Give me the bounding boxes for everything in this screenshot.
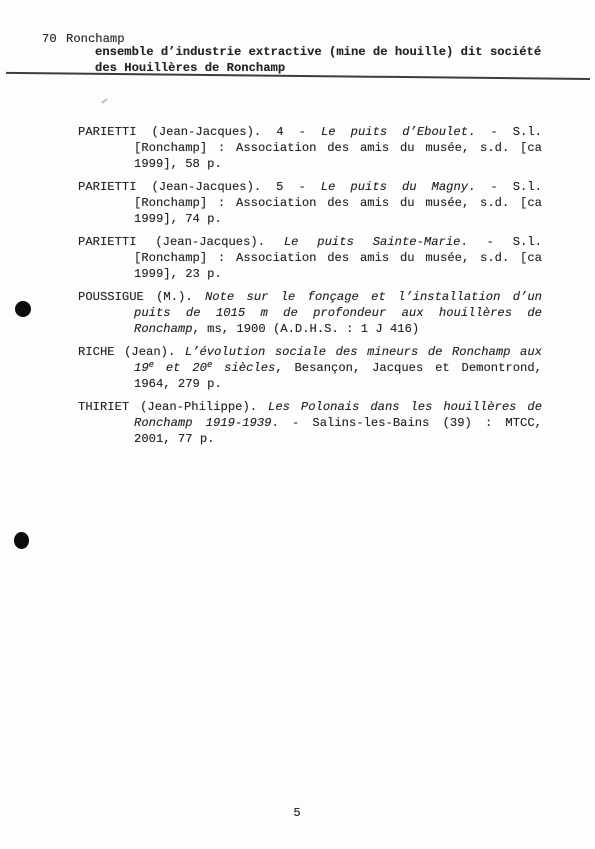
- entry-line: puits de 1015 m de profondeur aux houill…: [134, 305, 542, 321]
- text-segment: 1964, 279 p.: [134, 377, 222, 391]
- entry-line: POUSSIGUE (M.). Note sur le fonçage et l…: [78, 289, 542, 305]
- entry-line: 1999], 74 p.: [134, 211, 542, 227]
- text-segment: . - S.l.: [468, 180, 542, 194]
- bibliography-entry: PARIETTI (Jean-Jacques). Le puits Sainte…: [134, 234, 542, 282]
- entry-line: 19e et 20e siècles, Besançon, Jacques et…: [134, 360, 542, 376]
- work-title-segment: Note sur le fonçage et l’installation d’…: [205, 290, 542, 304]
- text-segment: [Ronchamp] : Association des amis du mus…: [134, 141, 542, 155]
- bibliography-entry: POUSSIGUE (M.). Note sur le fonçage et l…: [134, 289, 542, 337]
- text-segment: [Ronchamp] : Association des amis du mus…: [134, 196, 542, 210]
- entry-line: PARIETTI (Jean-Jacques). 4 - Le puits d’…: [78, 124, 542, 140]
- work-title-segment: 19: [134, 361, 149, 375]
- entry-line: 1999], 23 p.: [134, 266, 542, 282]
- work-title-segment: et: [154, 361, 192, 375]
- text-segment: . - S.l.: [460, 235, 542, 249]
- text-segment: PARIETTI (Jean-Jacques). 5 -: [78, 180, 321, 194]
- text-segment: 1999], 74 p.: [134, 212, 222, 226]
- entry-line: 2001, 77 p.: [134, 431, 542, 447]
- text-segment: 2001, 77 p.: [134, 432, 214, 446]
- work-title-segment: Le puits Sainte-Marie: [284, 235, 461, 249]
- bibliography-entry: THIRIET (Jean-Philippe). Les Polonais da…: [134, 399, 542, 447]
- text-segment: 1999], 23 p.: [134, 267, 222, 281]
- entry-line: 1999], 58 p.: [134, 156, 542, 172]
- bibliography-entry: PARIETTI (Jean-Jacques). 5 - Le puits du…: [134, 179, 542, 227]
- header-subtitle: ensemble d’industrie extractive (mine de…: [95, 44, 541, 76]
- text-segment: 1999], 58 p.: [134, 157, 222, 171]
- text-segment: , Besançon, Jacques et Demontrond,: [275, 361, 542, 375]
- entry-line: PARIETTI (Jean-Jacques). 5 - Le puits du…: [78, 179, 542, 195]
- entry-line: Ronchamp 1919-1939. - Salins-les-Bains (…: [134, 415, 542, 431]
- work-title-segment: Les Polonais dans les houillères de: [268, 400, 542, 414]
- entry-line: THIRIET (Jean-Philippe). Les Polonais da…: [78, 399, 542, 415]
- entry-line: PARIETTI (Jean-Jacques). Le puits Sainte…: [78, 234, 542, 250]
- text-segment: THIRIET (Jean-Philippe).: [78, 400, 268, 414]
- header-subtitle-line: ensemble d’industrie extractive (mine de…: [95, 44, 541, 60]
- hole-punch-top: [15, 301, 31, 317]
- text-segment: . - Salins-les-Bains (39) : MTCC,: [271, 416, 542, 430]
- entry-line: [Ronchamp] : Association des amis du mus…: [134, 195, 542, 211]
- work-title-segment: siècles: [212, 361, 275, 375]
- work-title-segment: Le puits d’Eboulet: [321, 125, 468, 139]
- work-title-segment: puits de 1015 m de profondeur aux houill…: [134, 306, 542, 320]
- page-number: 5: [279, 805, 315, 821]
- text-segment: , ms, 1900 (A.D.H.S. : 1 J 416): [193, 322, 420, 336]
- text-segment: RICHE (Jean).: [78, 345, 185, 359]
- work-title-segment: 20: [192, 361, 207, 375]
- hole-punch-bottom: [14, 532, 29, 549]
- text-segment: PARIETTI (Jean-Jacques). 4 -: [78, 125, 321, 139]
- bibliography-entry: PARIETTI (Jean-Jacques). 4 - Le puits d’…: [134, 124, 542, 172]
- text-segment: PARIETTI (Jean-Jacques).: [78, 235, 284, 249]
- text-segment: [Ronchamp] : Association des amis du mus…: [134, 251, 542, 265]
- text-segment: POUSSIGUE (M.).: [78, 290, 205, 304]
- work-title-segment: Le puits du Magny: [321, 180, 468, 194]
- work-title-segment: Ronchamp: [134, 322, 193, 336]
- header-item-number: 70: [42, 31, 57, 47]
- document-page: 70 Ronchamp ensemble d’industrie extract…: [0, 0, 595, 849]
- text-segment: . - S.l.: [468, 125, 542, 139]
- entry-line: RICHE (Jean). L’évolution sociale des mi…: [78, 344, 542, 360]
- entry-line: [Ronchamp] : Association des amis du mus…: [134, 140, 542, 156]
- bibliography-entry: RICHE (Jean). L’évolution sociale des mi…: [134, 344, 542, 392]
- entry-line: Ronchamp, ms, 1900 (A.D.H.S. : 1 J 416): [134, 321, 542, 337]
- entry-line: [Ronchamp] : Association des amis du mus…: [134, 250, 542, 266]
- work-title-segment: Ronchamp 1919-1939: [134, 416, 271, 430]
- stray-mark: [101, 98, 108, 104]
- bibliography: PARIETTI (Jean-Jacques). 4 - Le puits d’…: [134, 124, 542, 454]
- work-title-segment: L’évolution sociale des mineurs de Ronch…: [185, 345, 542, 359]
- entry-line: 1964, 279 p.: [134, 376, 542, 392]
